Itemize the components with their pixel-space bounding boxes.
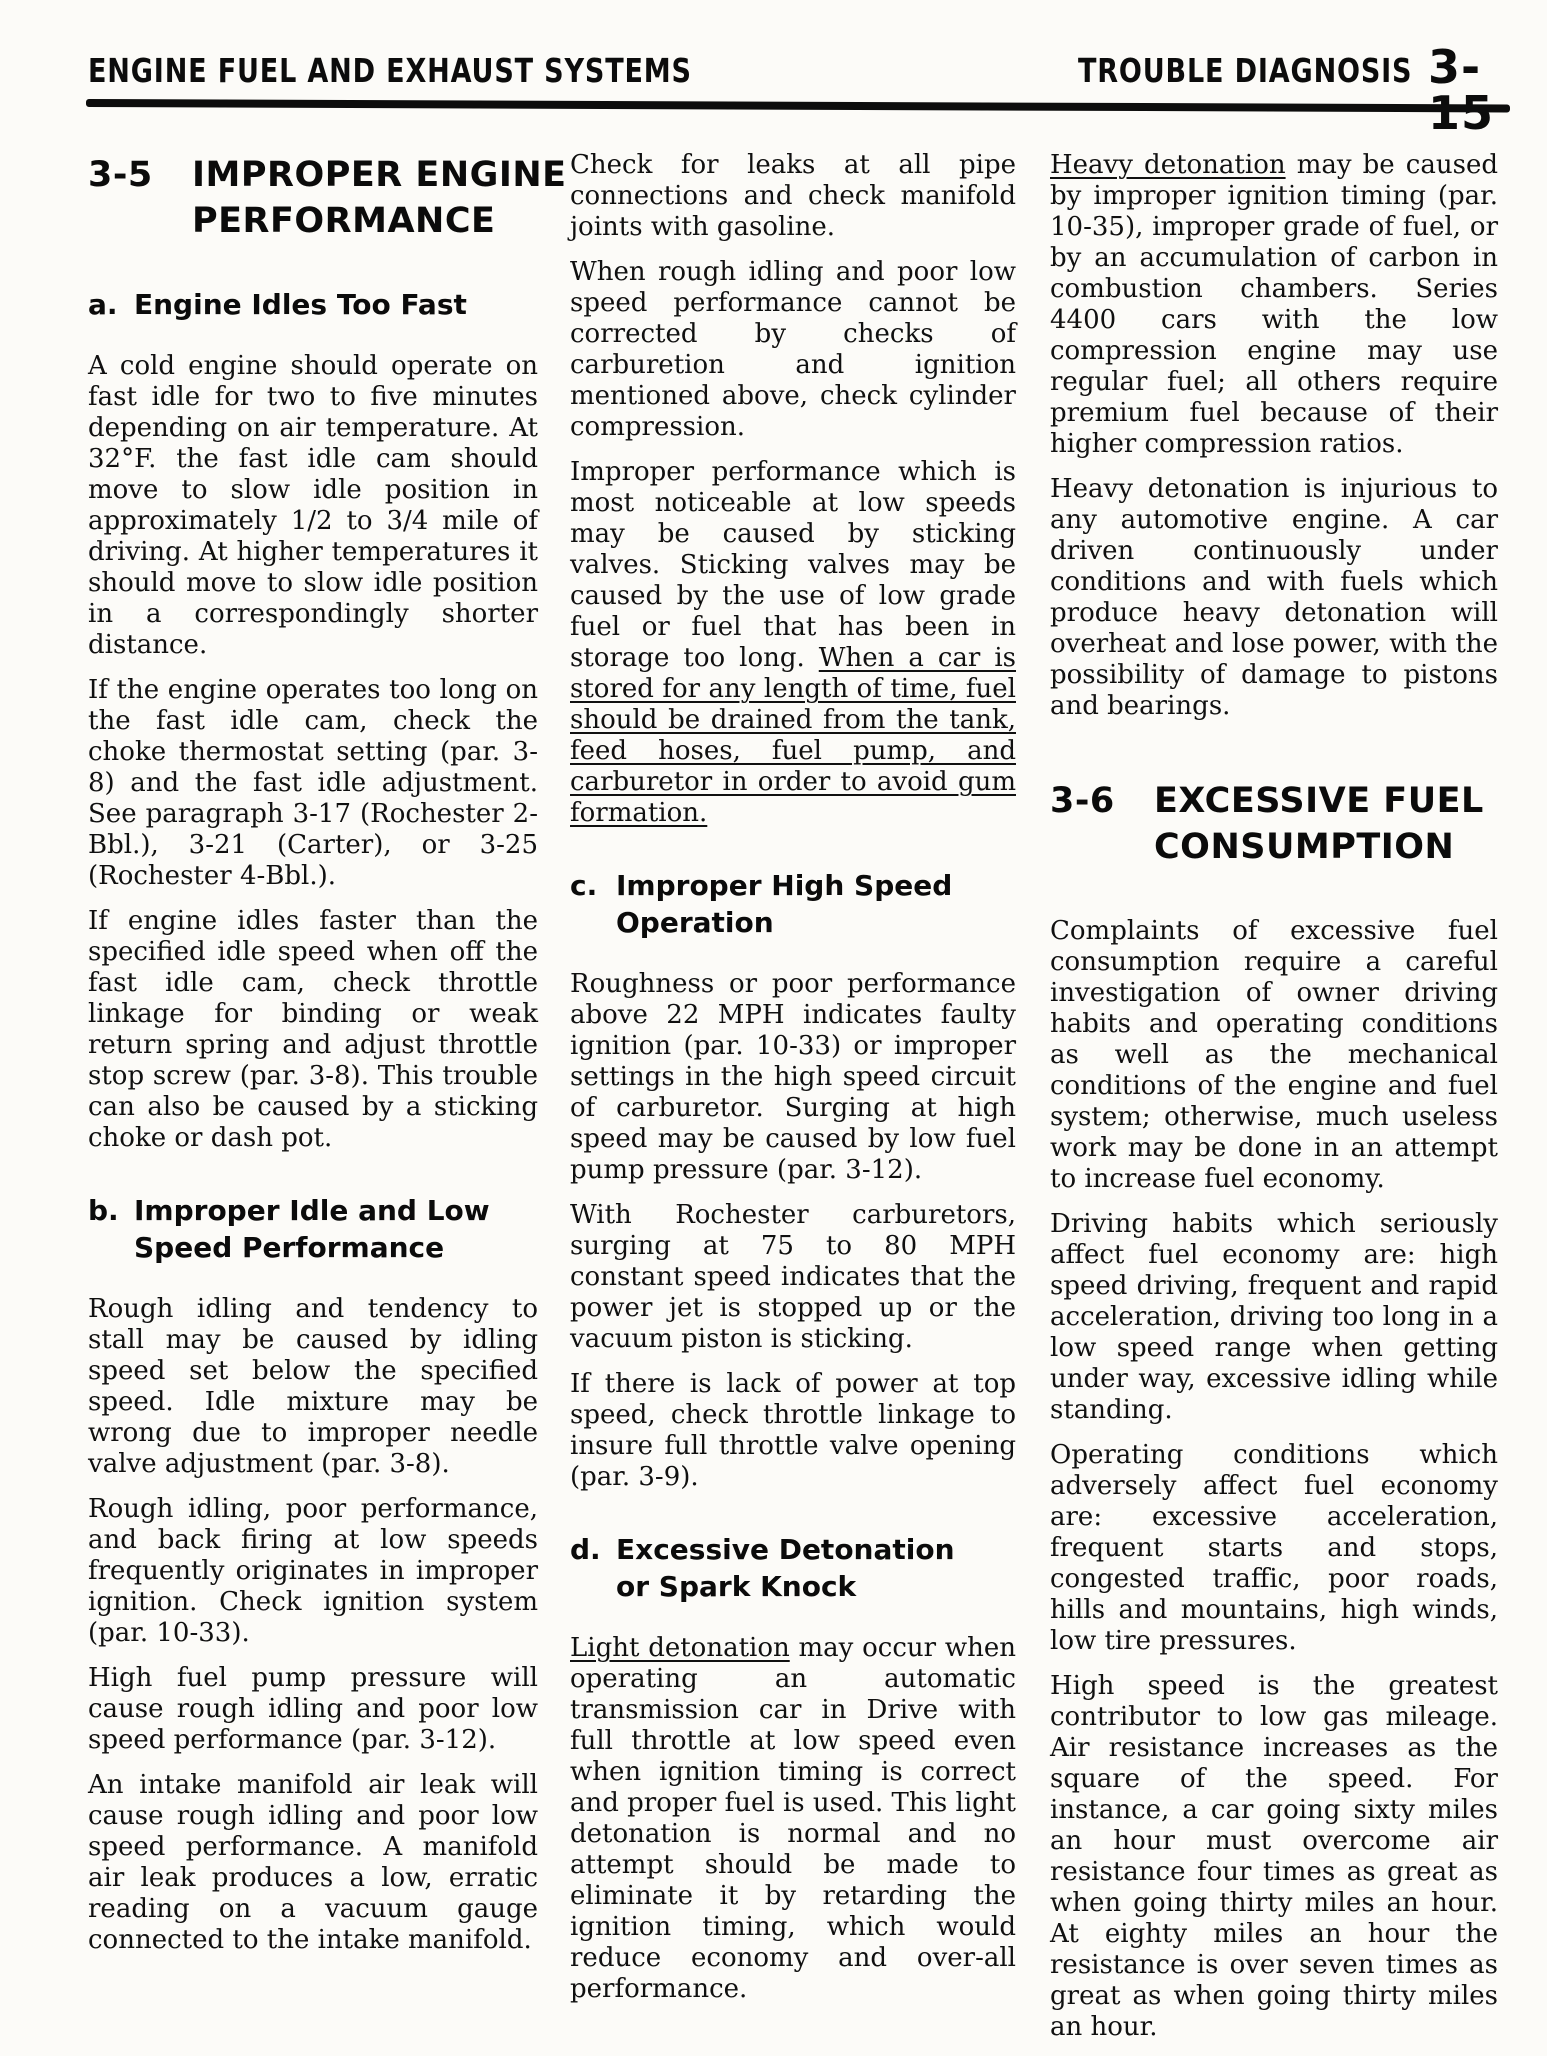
paragraph: If engine idles faster than the specifie… (88, 906, 538, 1154)
paragraph: Rough idling, poor performance, and back… (88, 1494, 538, 1649)
text-run: If engine idles faster than the specifie… (88, 906, 538, 1153)
sub-heading-title: Excessive Detonationor Spark Knock (616, 1533, 955, 1603)
page-number: 3-15 (1428, 44, 1547, 136)
running-head-right: TROUBLE DIAGNOSIS (1078, 54, 1412, 87)
text-column-left: 3-5IMPROPER ENGINEPERFORMANCEa.Engine Id… (88, 150, 538, 1970)
section-number: 3-5 (88, 152, 153, 198)
paragraph: High fuel pump pressure will cause rough… (88, 1663, 538, 1756)
sub-heading-title: Improper High SpeedOperation (616, 869, 952, 939)
underlined-text: Light detonation (570, 1633, 790, 1663)
underlined-text: Heavy detonation (1050, 150, 1286, 180)
sub-heading-letter: d. (570, 1531, 601, 1568)
paragraph: A cold engine should operate on fast idl… (88, 351, 538, 661)
text-run: Improper performance which is most notic… (570, 457, 1016, 673)
paragraph: An intake manifold air leak will cause r… (88, 1770, 538, 1956)
paragraph: If there is lack of power at top speed, … (570, 1369, 1016, 1493)
paragraph: Rough idling and tendency to stall may b… (88, 1294, 538, 1480)
text-run: Heavy detonation is injurious to any aut… (1050, 474, 1498, 721)
paragraph: When rough idling and poor low speed per… (570, 257, 1016, 443)
text-run: Rough idling, poor performance, and back… (88, 1494, 538, 1648)
text-run: If the engine operates too long on the f… (88, 675, 538, 891)
paragraph: Light detonation may occur when operatin… (570, 1633, 1016, 2005)
section-number: 3-6 (1050, 778, 1115, 824)
paragraph: Operating conditions which adversely aff… (1050, 1440, 1498, 1657)
paragraph: Improper performance which is most notic… (570, 457, 1016, 829)
text-run: A cold engine should operate on fast idl… (88, 351, 538, 660)
sub-heading: c.Improper High SpeedOperation (570, 867, 1016, 941)
sub-heading-title: Improper Idle and LowSpeed Performance (134, 1194, 490, 1264)
sub-heading-letter: c. (570, 867, 597, 904)
paragraph: Heavy detonation is injurious to any aut… (1050, 474, 1498, 722)
text-column-middle: Check for leaks at all pipe connections … (570, 150, 1016, 2019)
text-run: may occur when operating an automatic tr… (570, 1633, 1016, 2004)
sub-heading-letter: a. (88, 286, 118, 323)
text-run: High fuel pump pressure will cause rough… (88, 1663, 538, 1755)
text-run: Operating conditions which adversely aff… (1050, 1440, 1498, 1656)
text-run: High speed is the greatest contributor t… (1050, 1671, 1498, 2042)
paragraph: Complaints of excessive fuel consumption… (1050, 916, 1498, 1195)
text-run: Complaints of excessive fuel consumption… (1050, 916, 1498, 1194)
section-title: EXCESSIVE FUELCONSUMPTION (1154, 781, 1484, 867)
sub-heading: d.Excessive Detonationor Spark Knock (570, 1531, 1016, 1605)
paragraph: Heavy detonation may be caused by improp… (1050, 150, 1498, 460)
paragraph: Driving habits which seriously affect fu… (1050, 1209, 1498, 1426)
paragraph: With Rochester carburetors, surging at 7… (570, 1200, 1016, 1355)
section-heading: 3-5IMPROPER ENGINEPERFORMANCE (88, 152, 538, 244)
text-run: may be caused by improper ignition timin… (1050, 150, 1498, 459)
text-run: With Rochester carburetors, surging at 7… (570, 1200, 1016, 1354)
sub-heading-letter: b. (88, 1192, 119, 1229)
text-run: Rough idling and tendency to stall may b… (88, 1294, 538, 1479)
manual-page: ENGINE FUEL AND EXHAUST SYSTEMS TROUBLE … (0, 0, 1547, 2056)
paragraph: If the engine operates too long on the f… (88, 675, 538, 892)
sub-heading: a.Engine Idles Too Fast (88, 286, 538, 323)
text-column-right: Heavy detonation may be caused by improp… (1050, 150, 1498, 2056)
paragraph: High speed is the greatest contributor t… (1050, 1671, 1498, 2043)
section-title: IMPROPER ENGINEPERFORMANCE (192, 155, 567, 241)
text-run: Roughness or poor performance above 22 M… (570, 969, 1016, 1185)
text-run: Check for leaks at all pipe connections … (570, 150, 1016, 242)
paragraph: Roughness or poor performance above 22 M… (570, 969, 1016, 1186)
sub-heading-title: Engine Idles Too Fast (134, 288, 467, 321)
running-head-left: ENGINE FUEL AND EXHAUST SYSTEMS (88, 54, 692, 87)
text-run: If there is lack of power at top speed, … (570, 1369, 1016, 1492)
sub-heading: b.Improper Idle and LowSpeed Performance (88, 1192, 538, 1266)
text-run: When rough idling and poor low speed per… (570, 257, 1016, 442)
header-rule (86, 99, 1510, 112)
section-heading: 3-6EXCESSIVE FUELCONSUMPTION (1050, 778, 1498, 870)
paragraph: Check for leaks at all pipe connections … (570, 150, 1016, 243)
text-run: Driving habits which seriously affect fu… (1050, 1209, 1498, 1425)
text-run: An intake manifold air leak will cause r… (88, 1770, 538, 1955)
